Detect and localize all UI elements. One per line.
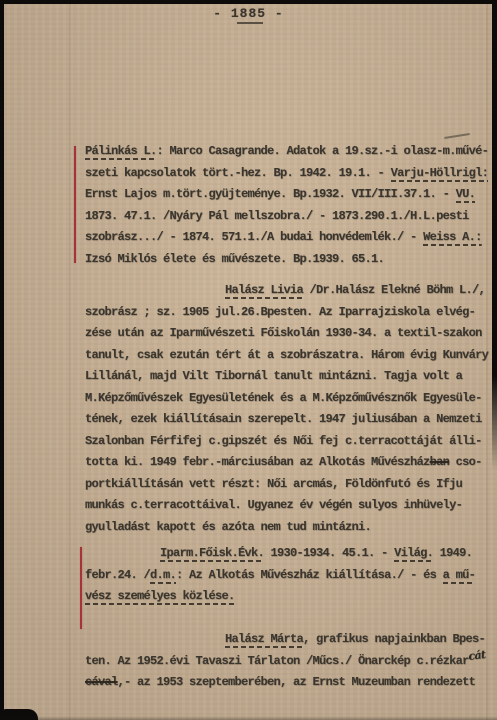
text-run: 1949.: [433, 546, 472, 560]
scan-edge-bottom-shade: [0, 716, 497, 720]
underlined-text: Világ.: [394, 546, 433, 562]
underlined-text: Varju-Höllrigl:: [391, 166, 489, 182]
text-run: Izsó Miklós élete és művészete. Bp.1939.…: [85, 252, 384, 266]
text-line: Halász Livia /Dr.Halász Elekné Böhm L./,: [85, 283, 488, 305]
text-line: zése után az Iparművészeti Főiskolán 193…: [85, 326, 488, 348]
pencil-mark: [444, 133, 470, 139]
text-run: 1930-1934. 45.1. -: [264, 546, 394, 560]
text-run: portkiállításán vett részt: Női arcmás, …: [85, 477, 462, 491]
text-run: tének, ezek kiállításain szerepelt. 1947…: [85, 412, 482, 426]
text-line: ten. Az 1952.évi Tavaszi Tárlaton /Műcs.…: [85, 654, 485, 676]
scanned-document-page: - 1885 - Pálinkás L.: Marco Casagrande. …: [0, 0, 497, 720]
struck-out-text: ban: [430, 455, 450, 469]
entry-palinkas-bibliography: Pálinkás L.: Marco Casagrande. Adatok a …: [85, 144, 488, 273]
text-run: ten. Az 1952.évi Tavaszi Tárlaton /Műcs.…: [85, 654, 469, 668]
text-line: vész személyes közlése.: [85, 589, 475, 611]
text-run: M.Képzőművészek Egyesületének és a M.Kép…: [85, 391, 482, 405]
text-line: febr.24. /d.m.: Az Alkotás Művészház kiá…: [85, 568, 475, 590]
paper-crease-left: [69, 0, 71, 720]
page-number: - 1885 -: [0, 6, 497, 21]
entry-halasz-livia: Halász Livia /Dr.Halász Elekné Böhm L./,…: [85, 283, 488, 542]
scan-edge-left: [0, 0, 4, 720]
text-line: M.Képzőművészek Egyesületének és a M.Kép…: [85, 391, 488, 413]
text-line: Lillánál, majd Vilt Tibornál tanult mint…: [85, 369, 488, 391]
text-run: Ernst Lajos m.tört.gyüjteménye. Bp.1932.…: [85, 187, 456, 201]
red-margin-mark: [74, 146, 76, 263]
sources-halasz-livia: Iparm.Főisk.Évk. 1930-1934. 45.1. - Vilá…: [85, 546, 475, 611]
scan-edge-right: [492, 0, 497, 470]
text-line: szeti kapcsolatok tört.-hez. Bp. 1942. 1…: [85, 166, 488, 188]
text-run: Lillánál, majd Vilt Tibornál tanult mint…: [85, 369, 462, 383]
text-run: : Marco Casagrande. Adatok a 19.sz.-i ol…: [157, 144, 489, 158]
text-run: Szalonban Férfifej c.gipszét és Női fej …: [85, 434, 482, 448]
underlined-text: Weiss A.:: [423, 230, 482, 246]
text-line: gyulladást kapott és azóta nem tud mintá…: [85, 520, 488, 542]
text-run: szobrász ; sz. 1905 jul.26.Bpesten. Az I…: [85, 305, 475, 319]
text-run: szobrász.../ - 1874. 571.1./A budai honv…: [85, 230, 423, 244]
underlined-text: Pálinkás L.: [85, 144, 157, 160]
underlined-text: Halász Livia: [225, 283, 303, 299]
underlined-text: VU.: [456, 187, 476, 203]
text-line: tének, ezek kiállításain szerepelt. 1947…: [85, 412, 488, 434]
text-run: , grafikus napjainkban Bpes-: [303, 632, 485, 646]
text-run: cso-: [449, 455, 482, 469]
text-run: ,- az 1953 szeptemberében, az Ernst Muze…: [118, 675, 476, 689]
text-line: Pálinkás L.: Marco Casagrande. Adatok a …: [85, 144, 488, 166]
text-line: munkás c.terracottáival. Ugyanez év végé…: [85, 498, 488, 520]
scan-edge-top: [0, 0, 497, 4]
text-run: totta ki. 1949 febr.-márciusában az Alko…: [85, 455, 430, 469]
underlined-text: Halász Márta: [225, 632, 303, 648]
text-run: febr.24. /: [85, 568, 150, 582]
text-line: totta ki. 1949 febr.-márciusában az Alko…: [85, 455, 488, 477]
text-line: Ernst Lajos m.tört.gyüjteménye. Bp.1932.…: [85, 187, 488, 209]
text-run: tanult, csak ezután tért át a szobrászat…: [85, 348, 488, 362]
text-line: cával,- az 1953 szeptemberében, az Ernst…: [85, 675, 485, 697]
text-line: Halász Márta, grafikus napjainkban Bpes-: [85, 632, 485, 654]
text-line: szobrász.../ - 1874. 571.1./A budai honv…: [85, 230, 488, 252]
text-line: Szalonban Férfifej c.gipszét és Női fej …: [85, 434, 488, 456]
text-run: /Dr.Halász Elekné Böhm L./,: [303, 283, 485, 297]
underlined-text: a mű-: [443, 568, 476, 584]
text-line: tanult, csak ezután tért át a szobrászat…: [85, 348, 488, 370]
underlined-text: d.m.: [150, 568, 176, 584]
entry-halasz-marta: Halász Márta, grafikus napjainkban Bpes-…: [85, 632, 485, 697]
text-run: munkás c.terracottáival. Ugyanez év végé…: [85, 498, 462, 512]
text-line: Izsó Miklós élete és művészete. Bp.1939.…: [85, 252, 488, 274]
text-run: szeti kapcsolatok tört.-hez. Bp. 1942. 1…: [85, 166, 391, 180]
text-run: gyulladást kapott és azóta nem tud mintá…: [85, 520, 371, 534]
text-line: 1873. 47.1. /Nyáry Pál mellszobra./ - 18…: [85, 209, 488, 231]
text-line: portkiállításán vett részt: Női arcmás, …: [85, 477, 488, 499]
text-line: Iparm.Főisk.Évk. 1930-1934. 45.1. - Vilá…: [85, 546, 475, 568]
text-run: zése után az Iparművészeti Főiskolán 193…: [85, 326, 482, 340]
text-run: 1873. 47.1. /Nyáry Pál mellszobra./ - 18…: [85, 209, 469, 223]
red-margin-mark: [80, 547, 82, 629]
struck-out-text: cával: [85, 675, 118, 689]
text-line: szobrász ; sz. 1905 jul.26.Bpesten. Az I…: [85, 305, 488, 327]
underlined-text: vész személyes közlése.: [85, 589, 235, 605]
handwritten-correction: cát: [467, 648, 485, 663]
underlined-text: Iparm.Főisk.Évk.: [160, 546, 264, 562]
page-number-underline: [237, 22, 263, 24]
text-run: : Az Alkotás Művészház kiállítása./ - és: [176, 568, 443, 582]
